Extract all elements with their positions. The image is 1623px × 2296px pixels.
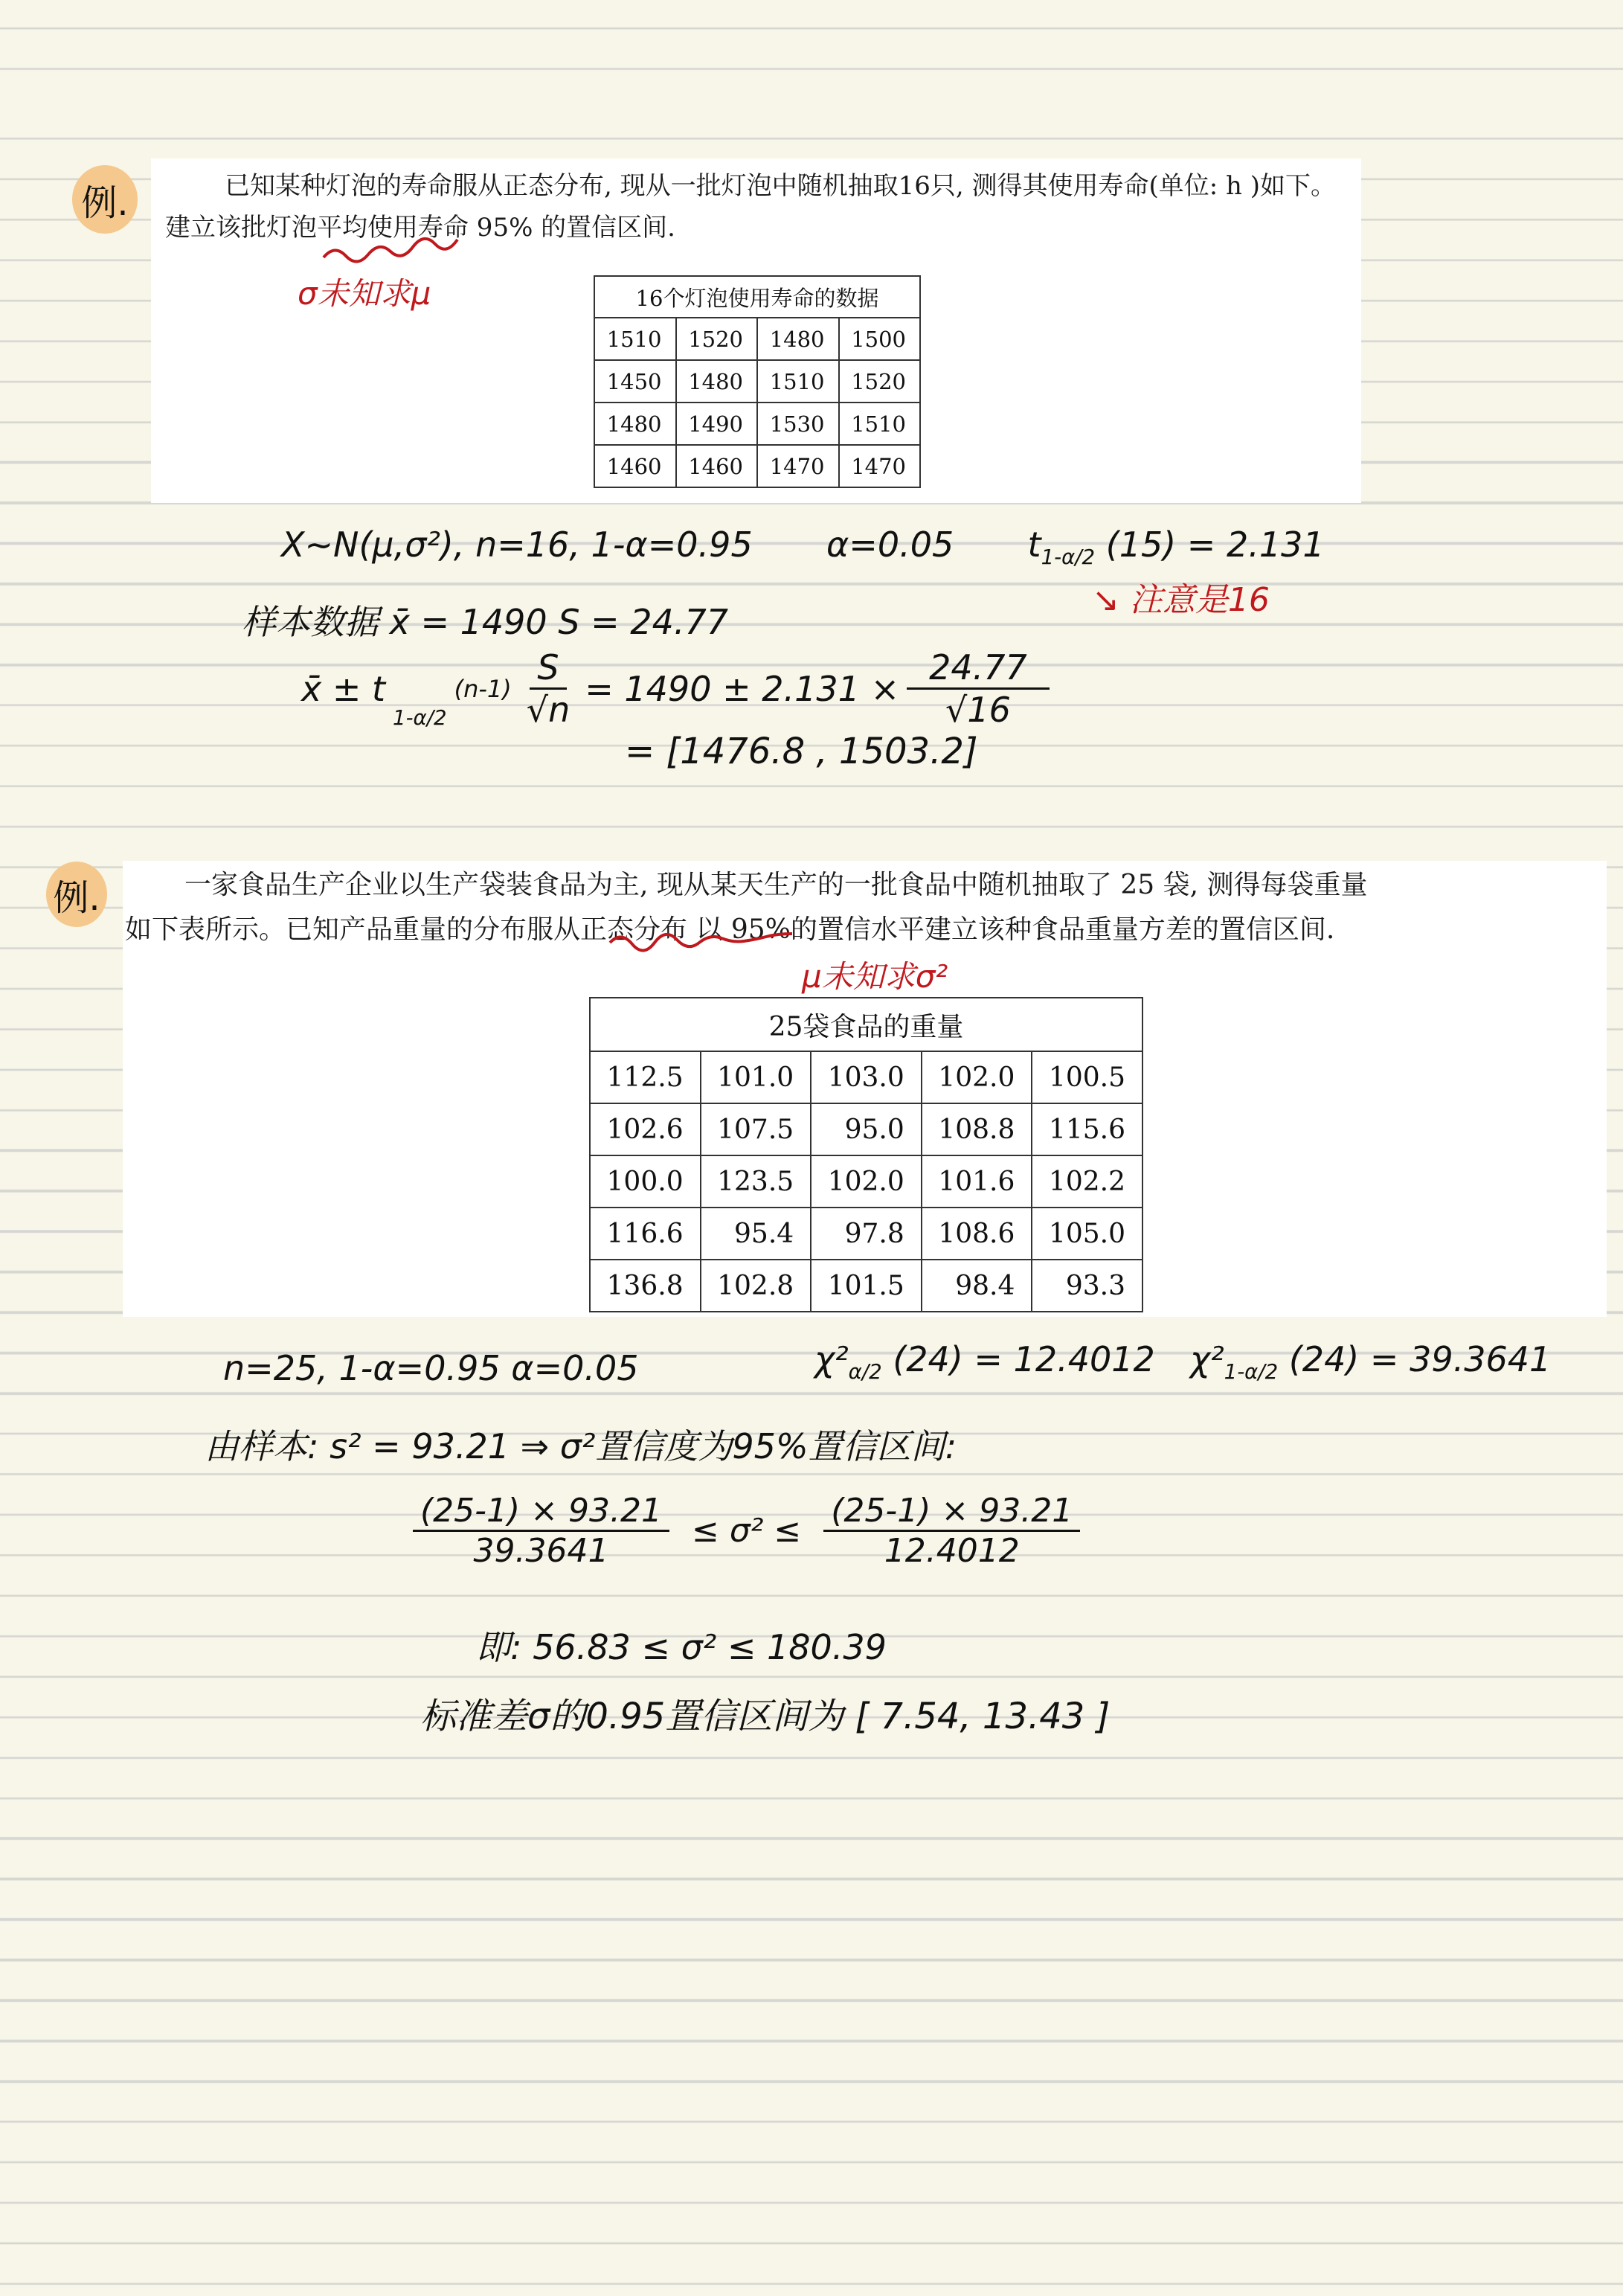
- problem-line: 已知某种灯泡的寿命服从正态分布, 现从一批灯泡中随机抽取16只, 测得其使用寿命…: [225, 171, 1336, 201]
- table-cell: 1460: [676, 445, 758, 487]
- table-cell: 107.5: [701, 1103, 811, 1155]
- table-cell: 105.0: [1032, 1208, 1142, 1260]
- std-dev-interval-result: 标准差σ的0.95置信区间为 [ 7.54, 13.43 ]: [420, 1687, 1110, 1739]
- fraction: S √n: [519, 647, 577, 730]
- table-cell: 98.4: [922, 1260, 1032, 1312]
- table-row: 100.0 123.5 102.0 101.6 102.2: [590, 1155, 1142, 1208]
- table-cell: 102.2: [1032, 1155, 1142, 1208]
- table-cell: 1510: [594, 318, 676, 360]
- table-cell: 1490: [676, 403, 758, 445]
- table-cell: 1470: [839, 445, 921, 487]
- example-badge: 例.: [46, 862, 107, 927]
- handwritten-annotation: μ未知求σ²: [802, 952, 948, 997]
- solution-line: 样本数据 x̄ = 1490 S = 24.77: [242, 595, 728, 644]
- wavy-underline: [320, 237, 483, 266]
- table-row: 1450 1480 1510 1520: [594, 360, 920, 403]
- table-cell: 1500: [839, 318, 921, 360]
- wavy-underline: [606, 926, 807, 956]
- table-cell: 101.0: [701, 1051, 811, 1103]
- note-text: 注意是16: [1130, 581, 1270, 619]
- problem-statement: 一家食品生产企业以生产袋装食品为主, 现从某天生产的一批食品中随机抽取了 25 …: [125, 863, 1605, 952]
- handwritten-annotation: σ未知求μ: [298, 269, 431, 314]
- table-cell: 1510: [757, 360, 839, 403]
- table-cell: 101.6: [922, 1155, 1032, 1208]
- table-row: 136.8 102.8 101.5 98.4 93.3: [590, 1260, 1142, 1312]
- table-cell: 95.4: [701, 1208, 811, 1260]
- solution-formula: x̄ ± t1-α/2 (n-1) S √n = 1490 ± 2.131 × …: [301, 647, 1050, 730]
- table-cell: 1470: [757, 445, 839, 487]
- table-cell: 100.5: [1032, 1051, 1142, 1103]
- red-note: ↘ 注意是16: [1092, 573, 1270, 621]
- distribution-params: X~N(μ,σ²), n=16, 1-α=0.95: [281, 525, 753, 565]
- alpha-value: α=0.05: [826, 525, 954, 565]
- lightbulb-data-table: 16个灯泡使用寿命的数据 1510 1520 1480 1500 1450 14…: [594, 275, 921, 488]
- table-cell: 95.0: [811, 1103, 922, 1155]
- table-cell: 102.6: [590, 1103, 701, 1155]
- table-cell: 1450: [594, 360, 676, 403]
- table-cell: 1460: [594, 445, 676, 487]
- solution-line: 由样本: s² = 93.21 ⇒ σ²置信度为95%置信区间:: [205, 1420, 957, 1469]
- table-cell: 115.6: [1032, 1103, 1142, 1155]
- table-cell: 101.5: [811, 1260, 922, 1312]
- table-cell: 116.6: [590, 1208, 701, 1260]
- table-cell: 1480: [757, 318, 839, 360]
- table-title: 25袋食品的重量: [590, 998, 1142, 1051]
- fraction: 24.77 √16: [907, 647, 1050, 730]
- table-cell: 1480: [676, 360, 758, 403]
- chi-square-upper: χ²1-α/2 (24) = 39.3641: [1190, 1339, 1551, 1384]
- chi-square-lower: χ²α/2 (24) = 12.4012: [814, 1339, 1155, 1384]
- table-row: 1510 1520 1480 1500: [594, 318, 920, 360]
- table-title: 16个灯泡使用寿命的数据: [594, 276, 920, 318]
- table-cell: 1520: [676, 318, 758, 360]
- table-cell: 1510: [839, 403, 921, 445]
- table-row: 116.6 95.4 97.8 108.6 105.0: [590, 1208, 1142, 1260]
- problem-line: 一家食品生产企业以生产袋装食品为主, 现从某天生产的一批食品中随机抽取了 25 …: [184, 870, 1367, 900]
- example-badge: 例.: [72, 165, 138, 234]
- solution-line: n=25, 1-α=0.95 α=0.05: [223, 1348, 639, 1388]
- table-cell: 102.8: [701, 1260, 811, 1312]
- table-cell: 97.8: [811, 1208, 922, 1260]
- table-row: 102.6 107.5 95.0 108.8 115.6: [590, 1103, 1142, 1155]
- table-cell: 1520: [839, 360, 921, 403]
- fraction: (25-1) × 93.21 39.3641: [413, 1492, 669, 1570]
- table-row: 1460 1460 1470 1470: [594, 445, 920, 487]
- table-row: 112.5 101.0 103.0 102.0 100.5: [590, 1051, 1142, 1103]
- table-cell: 93.3: [1032, 1260, 1142, 1312]
- table-cell: 102.0: [811, 1155, 922, 1208]
- variance-interval-formula: (25-1) × 93.21 39.3641 ≤ σ² ≤ (25-1) × 9…: [413, 1492, 1080, 1570]
- table-cell: 103.0: [811, 1051, 922, 1103]
- table-cell: 1480: [594, 403, 676, 445]
- table-cell: 108.8: [922, 1103, 1032, 1155]
- fraction: (25-1) × 93.21 12.4012: [823, 1492, 1080, 1570]
- table-cell: 1530: [757, 403, 839, 445]
- confidence-interval-result: = [1476.8 , 1503.2]: [625, 731, 978, 772]
- table-cell: 100.0: [590, 1155, 701, 1208]
- table-cell: 112.5: [590, 1051, 701, 1103]
- food-weight-data-table: 25袋食品的重量 112.5 101.0 103.0 102.0 100.5 1…: [589, 997, 1143, 1312]
- table-cell: 136.8: [590, 1260, 701, 1312]
- table-cell: 102.0: [922, 1051, 1032, 1103]
- t-quantile: t1-α/2 (15) = 2.131: [1028, 525, 1325, 565]
- table-cell: 123.5: [701, 1155, 811, 1208]
- table-cell: 108.6: [922, 1208, 1032, 1260]
- table-row: 1480 1490 1530 1510: [594, 403, 920, 445]
- solution-line: X~N(μ,σ²), n=16, 1-α=0.95 α=0.05 t1-α/2 …: [281, 525, 1325, 569]
- variance-interval-result: 即: 56.83 ≤ σ² ≤ 180.39: [476, 1620, 887, 1670]
- arrow-icon: ↘: [1092, 581, 1119, 619]
